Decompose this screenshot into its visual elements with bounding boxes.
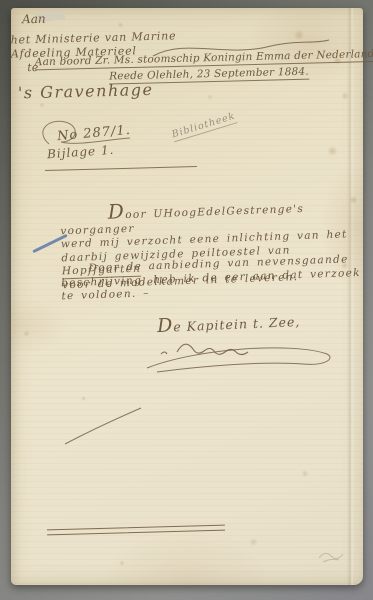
foxing-spot	[341, 262, 348, 269]
aan-flourish	[63, 406, 143, 446]
letter-page: Aan boord Zr. Ms. stoomschip Koningin Em…	[11, 8, 363, 585]
address-line: Aan	[22, 3, 362, 26]
pencil-smudge	[317, 548, 351, 564]
photographed-document: { "document": { "type": "handwritten-let…	[0, 0, 373, 600]
foxing-spot	[333, 56, 342, 65]
foxing-spot	[341, 92, 349, 100]
address-line-city: 's Gravenhage	[18, 74, 364, 102]
foxing-spot	[117, 22, 124, 28]
gravenhage-underline	[47, 525, 225, 536]
foxing-spot	[81, 396, 86, 401]
pencil-note: Bibliotheek	[171, 111, 238, 143]
foxing-spot	[207, 94, 213, 100]
foxing-spot	[327, 146, 338, 156]
foxing-spot	[301, 470, 309, 477]
foxing-spot	[249, 538, 258, 546]
foxing-spot	[23, 330, 30, 337]
signature-flourish	[143, 330, 343, 378]
foxing-spot	[39, 102, 45, 108]
foxing-spot	[293, 30, 305, 40]
foxing-spot	[119, 560, 125, 566]
foxing-spot	[349, 196, 358, 204]
bijlage-underline	[45, 166, 197, 171]
address-block: Aan het Ministerie van Marine Afdeeling …	[10, 3, 364, 102]
